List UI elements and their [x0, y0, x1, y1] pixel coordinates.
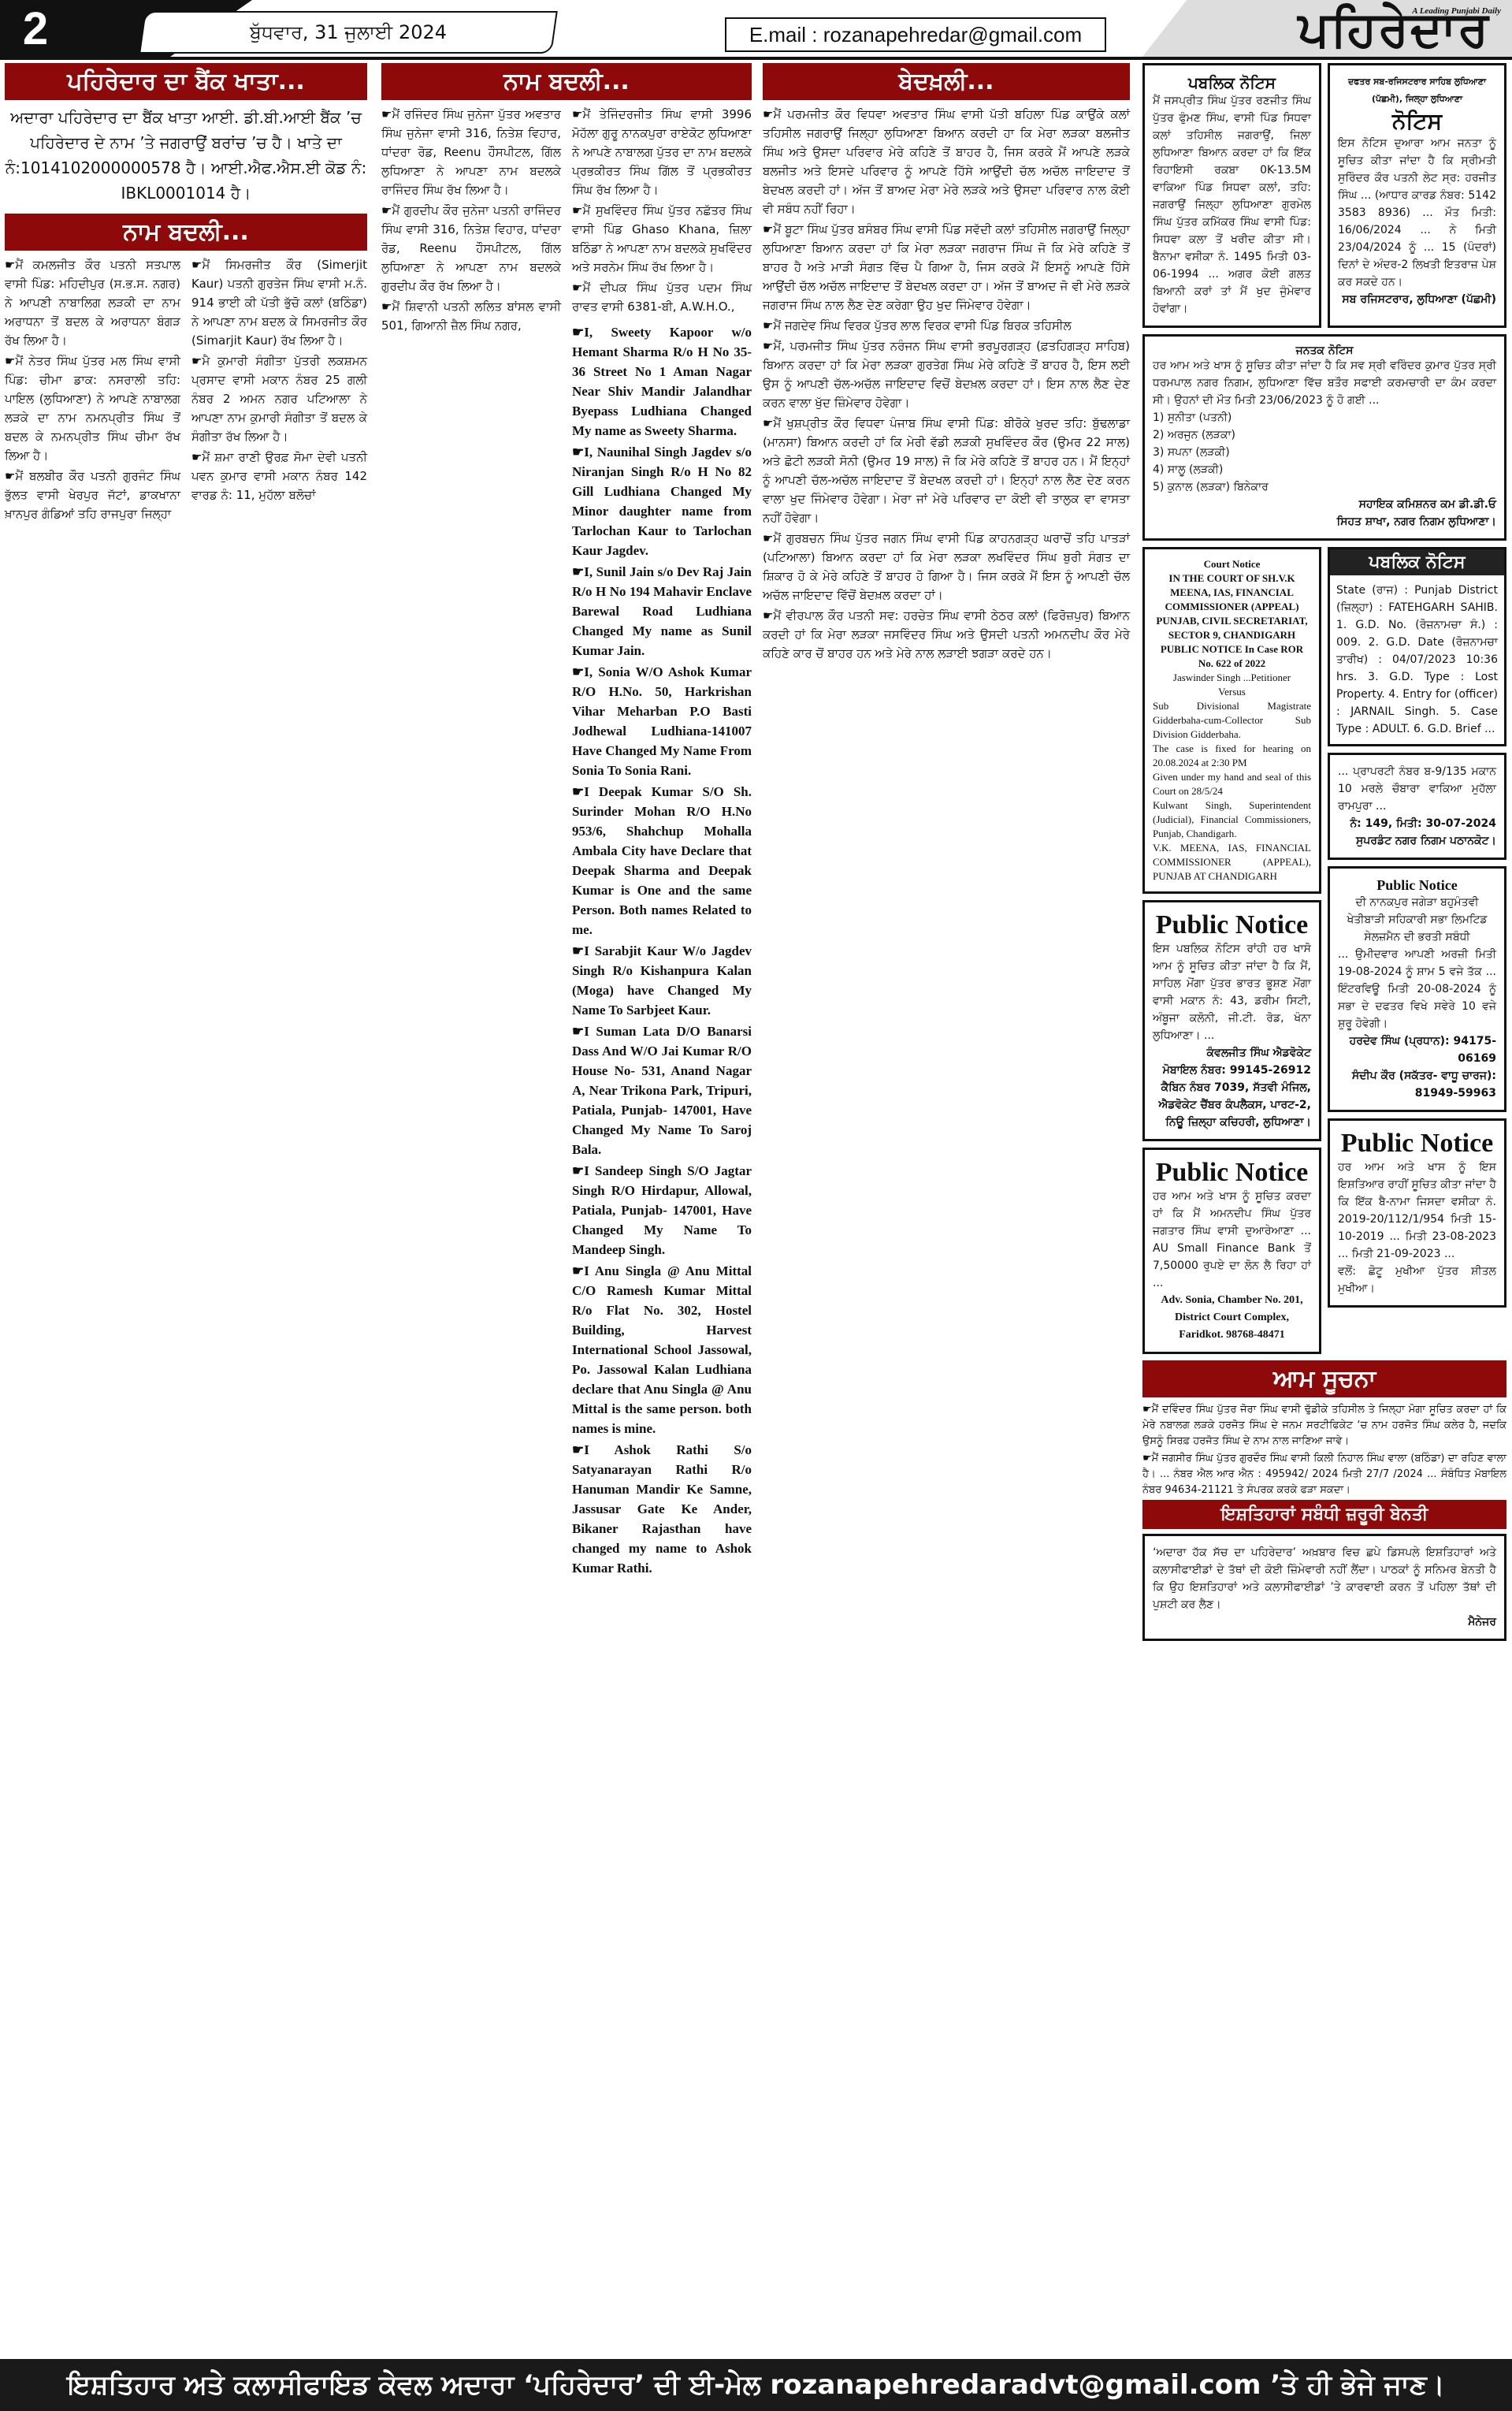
sub-registrar-notice: ਦਫਤਰ ਸਬ-ਰਜਿਸਟਰਾਰ ਸਾਹਿਬ ਲੁਧਿਆਣਾ (ਪੱਛਮੀ), …: [1328, 63, 1506, 328]
list-item: ਮੈਂ ਸਿਮਰਜੀਤ ਕੌਰ (Simerjit Kaur) ਪਤਨੀ ਗੁਰ…: [191, 255, 367, 350]
list-item: I Sarabjit Kaur W/o Jagdev Singh R/o Kis…: [572, 941, 752, 1020]
masthead: 2 ਬੁੱਧਵਾਰ, 31 ਜੁਲਾਈ 2024 E.mail : rozana…: [0, 0, 1512, 60]
ad-request-title: ਇਸ਼ਤਿਹਾਰਾਂ ਸਬੰਧੀ ਜ਼ਰੂਰੀ ਬੇਨਤੀ: [1142, 1500, 1506, 1529]
court-name: IN THE COURT OF SH.V.K MEENA, IAS, FINAN…: [1153, 571, 1311, 642]
list-item: I, Naunihal Singh Jagdev s/o Niranjan Si…: [572, 442, 752, 560]
notice-signature: ਸਿਹਤ ਸ਼ਾਖਾ, ਨਗਰ ਨਿਗਮ ਲੁਧਿਆਣਾ।: [1153, 513, 1496, 530]
contact-president: ਹਰਦੇਵ ਸਿੰਘ (ਪ੍ਰਧਾਨ): 94175-06169: [1338, 1032, 1496, 1067]
notice-body: ਮੈਂ ਜਸਪ੍ਰੀਤ ਸਿੰਘ ਪੁੱਤਰ ਰਣਜੀਤ ਸਿੰਘ ਪੁੱਤਰ …: [1153, 92, 1311, 318]
notice-body: ... ਪ੍ਰਾਪਰਟੀ ਨੰਬਰ ਬ-9/135 ਮਕਾਨ 10 ਮਰਲੇ ਚ…: [1338, 763, 1496, 815]
list-item: ਮੈਂ ਦੀਪਕ ਸਿੰਘ ਪੁੱਤਰ ਪਦਮ ਸਿੰਘ ਰਾਵਤ ਵਾਸੀ 6…: [572, 278, 752, 316]
hearing-date: The case is fixed for hearing on 20.08.2…: [1153, 742, 1311, 770]
disinheritance-title: ਬੇਦਖ਼ਲੀ...: [763, 63, 1130, 100]
public-notice-sahil: Public Notice ਇਸ ਪਬਲਿਕ ਨੋਟਿਸ ਰਾਂਹੀ ਹਰ ਖਾ…: [1142, 900, 1321, 1141]
notice-title: Public Notice: [1338, 1129, 1496, 1159]
aam-suchna-entries: ਮੈਂ ਦਵਿੰਦਰ ਸਿੰਘ ਪੁੱਤਰ ਜੋਰਾ ਸਿੰਘ ਵਾਸੀ ਢੁੱ…: [1142, 1402, 1506, 1498]
list-item: I Sandeep Singh S/O Jagtar Singh R/O Hir…: [572, 1161, 752, 1259]
column-4: ਪਬਲਿਕ ਨੋਟਿਸ ਮੈਂ ਜਸਪ੍ਰੀਤ ਸਿੰਘ ਪੁੱਤਰ ਰਣਜੀਤ…: [1142, 63, 1506, 1647]
list-item: I Deepak Kumar S/O Sh. Surinder Mohan R/…: [572, 782, 752, 939]
list-item: I Anu Singla @ Anu Mittal C/O Ramesh Kum…: [572, 1261, 752, 1438]
ad-request-signature: ਮੈਨੇਜਰ: [1153, 1613, 1496, 1631]
logo-area: A Leading Punjabi Daily ਪਹਿਰੇਦਾਰ: [1142, 0, 1512, 57]
name-change-2-entries: ਮੈਂ ਰਜਿੰਦਰ ਸਿੰਘ ਜੁਨੇਜਾ ਪੁੱਤਰ ਅਵਤਾਰ ਸਿੰਘ …: [381, 105, 752, 1579]
notice-title: Public Notice: [1338, 876, 1496, 894]
bank-section-title: ਪਹਿਰੇਦਾਰ ਦਾ ਬੈਂਕ ਖਾਤਾ...: [5, 63, 367, 100]
notice-signature: ਵਲੋਂ: ਛੋਟੂ ਮੁਖੀਆ ਪੁੱਤਰ ਸ਼ੀਤਲ ਮੁਖੀਆ।: [1338, 1263, 1496, 1297]
list-item: ਮੈਂ ਕਮਲਜੀਤ ਕੌਰ ਪਤਨੀ ਸਤਪਾਲ ਵਾਸੀ ਪਿੰਡ: ਮਹਿ…: [5, 255, 180, 350]
name-change-title: ਨਾਮ ਬਦਲੀ...: [5, 214, 367, 251]
list-item: ਮੈਂ ਪਰਮਜੀਤ ਕੌਰ ਵਿਧਵਾ ਅਵਤਾਰ ਸਿੰਘ ਵਾਸੀ ਪੱਤ…: [763, 105, 1130, 218]
respondent: Sub Divisional Magistrate Gidderbaha-cum…: [1153, 699, 1311, 742]
heir-2: 2) ਅਰਜੁਨ (ਲੜਕਾ): [1153, 426, 1496, 444]
middle-left-stack: Court Notice IN THE COURT OF SH.V.K MEEN…: [1142, 547, 1321, 1360]
police-public-notice: ਪਬਲਿਕ ਨੋਟਿਸ State (ਰਾਜ) : Punjab Distric…: [1328, 547, 1506, 746]
issue-date: ਬੁੱਧਵਾਰ, 31 ਜੁਲਾਈ 2024: [250, 21, 447, 43]
notice-body: State (ਰਾਜ) : Punjab District (ਜ਼ਿਲ੍ਹਾ) …: [1330, 575, 1504, 744]
notice-signature: ਸਹਾਇਕ ਕਮਿਸ਼ਨਰ ਕਮ ਡੀ.ਡੀ.ਓ: [1153, 496, 1496, 513]
column-1: ਪਹਿਰੇਦਾਰ ਦਾ ਬੈਂਕ ਖਾਤਾ... ਅਦਾਰਾ ਪਹਿਰੇਦਾਰ …: [5, 63, 367, 525]
list-item: ਮੈਂ ਬੂਟਾ ਸਿੰਘ ਪੁੱਤਰ ਬਸੰਬਰ ਸਿੰਘ ਵਾਸੀ ਪਿੰਡ…: [763, 220, 1130, 314]
list-item: ਮੈਂ ਸ਼ਿਵਾਨੀ ਪਤਨੀ ਲਲਿਤ ਬਾਂਸਲ ਵਾਸੀ 501, ਗਿ…: [381, 297, 561, 335]
english-name-changes: I, Sweety Kapoor w/o Hemant Sharma R/o H…: [572, 322, 752, 1578]
sign-right: V.K. MEENA, IAS, FINANCIAL COMMISSIONER …: [1153, 841, 1311, 884]
disinheritance-entries: ਮੈਂ ਪਰਮਜੀਤ ਕੌਰ ਵਿਧਵਾ ਅਵਤਾਰ ਸਿੰਘ ਵਾਸੀ ਪੱਤ…: [763, 105, 1130, 663]
list-item: ਮੈਂ ਬਲਬੀਰ ਕੌਰ ਪਤਨੀ ਗੁਰਜੰਟ ਸਿੰਘ ਭੁੱਲਤ ਵਾਸ…: [5, 467, 180, 523]
email-link[interactable]: E.mail : rozanapehredar@gmail.com: [725, 17, 1106, 52]
ad-request-box: ‘ਅਦਾਰਾ ਹੱਕ ਸੱਚ ਦਾ ਪਹਿਰੇਦਾਰ’ ਅਖ਼ਬਾਰ ਵਿਚ ਛ…: [1142, 1534, 1506, 1641]
list-item: I, Sonia W/O Ashok Kumar R/O H.No. 50, H…: [572, 662, 752, 780]
notice-signature: Adv. Sonia, Chamber No. 201, District Co…: [1153, 1292, 1311, 1344]
notice-title: Public Notice: [1153, 1158, 1311, 1188]
list-item: ਮੈਂ ਵੀਰਪਾਲ ਕੌਰ ਪਤਨੀ ਸਵ: ਹਰਚੇਤ ਸਿੰਘ ਵਾਸੀ …: [763, 606, 1130, 663]
notice-body: ਇਸ ਨੋਟਿਸ ਦੁਆਰਾ ਆਮ ਜਨਤਾ ਨੂੰ ਸੂਚਿਤ ਕੀਤਾ ਜਾ…: [1338, 135, 1496, 291]
list-item: ਮੈਂ ਜਗਸੀਰ ਸਿੰਘ ਪੁੱਤਰ ਗੁਰਦੌਰ ਸਿੰਘ ਵਾਸੀ ਕਿ…: [1142, 1451, 1506, 1498]
list-item: ਮੈ ਕੁਮਾਰੀ ਸੰਗੀਤਾ ਪੁੱਤਰੀ ਲਕਸ਼ਮਨ ਪ੍ਰਸਾਦ ਵਾ…: [191, 352, 367, 446]
heir-1: 1) ਸੁਨੀਤਾ (ਪਤਨੀ): [1153, 409, 1496, 426]
public-notice-jaspreet: ਪਬਲਿਕ ਨੋਟਿਸ ਮੈਂ ਜਸਪ੍ਰੀਤ ਸਿੰਘ ਪੁੱਤਰ ਰਣਜੀਤ…: [1142, 63, 1321, 328]
column-3: ਬੇਦਖ਼ਲੀ... ਮੈਂ ਪਰਮਜੀਤ ਕੌਰ ਵਿਧਵਾ ਅਵਤਾਰ ਸਿ…: [763, 63, 1130, 664]
notice-body: ਹਰ ਆਮ ਅਤੇ ਖਾਸ ਨੂੰ ਸੂਚਿਤ ਕਰਦਾ ਹਾਂ ਕਿ ਮੈਂ …: [1153, 1188, 1311, 1292]
notice-ref: ਨੰ: 149, ਮਿਤੀ: 30-07-2024: [1338, 815, 1496, 832]
list-item: ਮੈਂ ਗੁਰਬਚਨ ਸਿੰਘ ਪੁੱਤਰ ਜਗਨ ਸਿੰਘ ਵਾਸੀ ਪਿੰਡ…: [763, 529, 1130, 605]
aam-suchna-title: ਆਮ ਸੂਚਨਾ: [1142, 1360, 1506, 1397]
notice-office: ਦਫਤਰ ਸਬ-ਰਜਿਸਟਰਾਰ ਸਾਹਿਬ ਲੁਧਿਆਣਾ (ਪੱਛਮੀ), …: [1338, 73, 1496, 108]
list-item: I, Sunil Jain s/o Dev Raj Jain R/o H No …: [572, 562, 752, 660]
list-item: I Ashok Rathi S/o Satyanarayan Rathi R/o…: [572, 1440, 752, 1578]
middle-right-stack: ਪਬਲਿਕ ਨੋਟਿਸ State (ਰਾਜ) : Punjab Distric…: [1328, 547, 1506, 1360]
case-number: PUBLIC NOTICE In Case ROR No. 622 of 202…: [1153, 642, 1311, 671]
notice-title: ਪਬਲਿਕ ਨੋਟਿਸ: [1330, 549, 1504, 575]
footer-banner: ਇਸ਼ਤਿਹਾਰ ਅਤੇ ਕਲਾਸੀਫਾਇਡ ਕੇਵਲ ਅਦਾਰਾ ‘ਪਹਿਰੇ…: [0, 2359, 1512, 2411]
heir-5: 5) ਕੁਨਾਲ (ਲੜਕਾ) ਬਿਨੇਕਾਰ: [1153, 478, 1496, 496]
list-item: ਮੈਂ, ਪਰਮਜੀਤ ਸਿੰਘ ਪੁੱਤਰ ਨਰੰਜਨ ਸਿੰਘ ਵਾਸੀ ਭ…: [763, 337, 1130, 412]
notice-body: ਹਰ ਆਮ ਅਤੇ ਖਾਸ ਨੂੰ ਇਸ ਇਸ਼ਤਿਆਰ ਰਾਹੀਂ ਸੂਚਿਤ…: [1338, 1159, 1496, 1263]
petitioner: Jaswinder Singh ...Petitioner: [1153, 671, 1311, 685]
list-item: ਮੈਂ ਖੁਸ਼ਪ੍ਰੀਤ ਕੌਰ ਵਿਧਵਾ ਪੰਜਾਬ ਸਿੰਘ ਵਾਸੀ …: [763, 414, 1130, 527]
notice-title: ਨੋਟਿਸ: [1338, 108, 1496, 135]
heir-3: 3) ਸਪਨਾ (ਲੜਕੀ): [1153, 444, 1496, 461]
date-box: ਬੁੱਧਵਾਰ, 31 ਜੁਲਾਈ 2024: [139, 11, 558, 54]
list-item: ਮੈਂ ਰਜਿੰਦਰ ਸਿੰਘ ਜੁਨੇਜਾ ਪੁੱਤਰ ਅਵਤਾਰ ਸਿੰਘ …: [381, 105, 561, 199]
notice-body: ... ਉਮੀਦਵਾਰ ਆਪਣੀ ਅਰਜ਼ੀ ਮਿਤੀ 19-08-2024 ਨ…: [1338, 946, 1496, 1032]
notice-title: Public Notice: [1153, 910, 1311, 940]
notice-mobile: ਮੋਬਾਇਲ ਨੰਬਰ: 99145-26912: [1153, 1062, 1311, 1079]
pathankot-notice: ... ਪ੍ਰਾਪਰਟੀ ਨੰਬਰ ਬ-9/135 ਮਕਾਨ 10 ਮਰਲੇ ਚ…: [1328, 753, 1506, 860]
list-item: ਮੈਂ ਸ਼ਮਾ ਰਾਣੀ ਉਰਫ਼ ਸੋਮਾ ਦੇਵੀ ਪਤਨੀ ਪਵਨ ਕੁ…: [191, 448, 367, 504]
list-item: ਮੈਂ ਤੇਜਿੰਦਰਜੀਤ ਸਿੰਘ ਵਾਸੀ 3996 ਮੋਹੱਲਾ ਗੁਰ…: [572, 105, 752, 199]
bank-section-body: ਅਦਾਰਾ ਪਹਿਰੇਦਾਰ ਦਾ ਬੈਂਕ ਖਾਤਾ ਆਈ. ਡੀ.ਬੀ.ਆਈ…: [5, 105, 367, 206]
notice-signature: ਸੁਪਰਡੰਟ ਨਗਰ ਨਿਗਮ ਪਠਾਨਕੋਟ।: [1338, 832, 1496, 850]
notice-body: ਇਸ ਪਬਲਿਕ ਨੋਟਿਸ ਰਾਂਹੀ ਹਰ ਖਾਸੋ ਆਮ ਨੂੰ ਸੂਚਿ…: [1153, 940, 1311, 1044]
heir-4: 4) ਸਾਲੂ (ਲੜਕੀ): [1153, 461, 1496, 478]
notice-title: Court Notice: [1153, 557, 1311, 571]
list-item: ਮੈਂ ਦਵਿੰਦਰ ਸਿੰਘ ਪੁੱਤਰ ਜੋਰਾ ਸਿੰਘ ਵਾਸੀ ਢੁੱ…: [1142, 1402, 1506, 1449]
public-notice-nanakpur: Public Notice ਦੀ ਨਾਨਕਪੁਰ ਜਗੇੜਾ ਬਹੁਮੰਤਵੀ …: [1328, 866, 1506, 1112]
list-item: ਮੈਂ ਸੁਖਵਿੰਦਰ ਸਿੰਘ ਪੁੱਤਰ ਨਛੱਤਰ ਸਿੰਘ ਵਾਸੀ …: [572, 201, 752, 277]
public-notice-chhotu: Public Notice ਹਰ ਆਮ ਅਤੇ ਖਾਸ ਨੂੰ ਇਸ ਇਸ਼ਤਿ…: [1328, 1118, 1506, 1308]
notice-signature: ਸਬ ਰਜਿਸਟਰਾਰ, ਲੁਧਿਆਣਾ (ਪੱਛਮੀ): [1338, 291, 1496, 308]
janatak-notice: ਜਨਤਕ ਨੋਟਿਸ ਹਰ ਆਮ ਅਤੇ ਖਾਸ ਨੂੰ ਸੂਚਿਤ ਕੀਤਾ …: [1142, 334, 1506, 541]
list-item: ਮੈਂ ਨੇਤਰ ਸਿੰਘ ਪੁੱਤਰ ਮਲ ਸਿੰਘ ਵਾਸੀ ਪਿੰਡ: ਚ…: [5, 352, 180, 465]
notice-subtitle: ਦੀ ਨਾਨਕਪੁਰ ਜਗੇੜਾ ਬਹੁਮੰਤਵੀ ਖੇਤੀਬਾੜੀ ਸਹਿਕਾ…: [1338, 894, 1496, 946]
notice-signature: ਕੰਵਲਜੀਤ ਸਿੰਘ ਐਡਵੋਕੇਟ: [1153, 1044, 1311, 1062]
list-item: I Suman Lata D/O Banarsi Dass And W/O Ja…: [572, 1021, 752, 1159]
name-change-entries: ਮੈਂ ਕਮਲਜੀਤ ਕੌਰ ਪਤਨੀ ਸਤਪਾਲ ਵਾਸੀ ਪਿੰਡ: ਮਹਿ…: [5, 255, 367, 525]
public-notice-amandeep: Public Notice ਹਰ ਆਮ ਅਤੇ ਖਾਸ ਨੂੰ ਸੂਚਿਤ ਕਰ…: [1142, 1148, 1321, 1354]
contact-secretary: ਸੰਦੀਪ ਕੌਰ (ਸਕੱਤਰ- ਵਾਧੂ ਚਾਰਜ): 81949-5996…: [1338, 1067, 1496, 1102]
list-item: I, Sweety Kapoor w/o Hemant Sharma R/o H…: [572, 322, 752, 441]
court-notice: Court Notice IN THE COURT OF SH.V.K MEEN…: [1142, 547, 1321, 894]
given-date: Given under my hand and seal of this Cou…: [1153, 770, 1311, 798]
list-item: ਮੈਂ ਜਗਦੇਵ ਸਿੰਘ ਵਿਰਕ ਪੁੱਤਰ ਲਾਲ ਵਿਰਕ ਵਾਸੀ …: [763, 316, 1130, 335]
middle-notices-row: Court Notice IN THE COURT OF SH.V.K MEEN…: [1142, 547, 1506, 1360]
top-notices-row: ਪਬਲਿਕ ਨੋਟਿਸ ਮੈਂ ਜਸਪ੍ਰੀਤ ਸਿੰਘ ਪੁੱਤਰ ਰਣਜੀਤ…: [1142, 63, 1506, 334]
notice-body: ਹਰ ਆਮ ਅਤੇ ਖਾਸ ਨੂੰ ਸੂਚਿਤ ਕੀਤਾ ਜਾਂਦਾ ਹੈ ਕਿ…: [1153, 357, 1496, 409]
notice-title: ਜਨਤਕ ਨੋਟਿਸ: [1153, 344, 1496, 357]
name-change-2-title: ਨਾਮ ਬਦਲੀ...: [381, 63, 752, 100]
ad-request-body: ‘ਅਦਾਰਾ ਹੱਕ ਸੱਚ ਦਾ ਪਹਿਰੇਦਾਰ’ ਅਖ਼ਬਾਰ ਵਿਚ ਛ…: [1153, 1544, 1496, 1613]
versus: Versus: [1153, 685, 1311, 699]
column-2: ਨਾਮ ਬਦਲੀ... ਮੈਂ ਰਜਿੰਦਰ ਸਿੰਘ ਜੁਨੇਜਾ ਪੁੱਤਰ…: [381, 63, 752, 1579]
newspaper-logo: ਪਹਿਰੇਦਾਰ: [1298, 5, 1490, 54]
notice-address: ਕੈਬਿਨ ਨੰਬਰ 7039, ਸੱਤਵੀ ਮੰਜਿਲ, ਐਡਵੋਕੇਟ ਚੈ…: [1153, 1079, 1311, 1131]
sign-left: Kulwant Singh, Superintendent (Judicial)…: [1153, 798, 1311, 841]
notice-title: ਪਬਲਿਕ ਨੋਟਿਸ: [1153, 73, 1311, 92]
page-number: 2: [0, 0, 71, 57]
list-item: ਮੈਂ ਗੁਰਦੀਪ ਕੌਰ ਜੁਨੇਜਾ ਪਤਨੀ ਰਾਜਿੰਦਰ ਸਿੰਘ …: [381, 201, 561, 296]
